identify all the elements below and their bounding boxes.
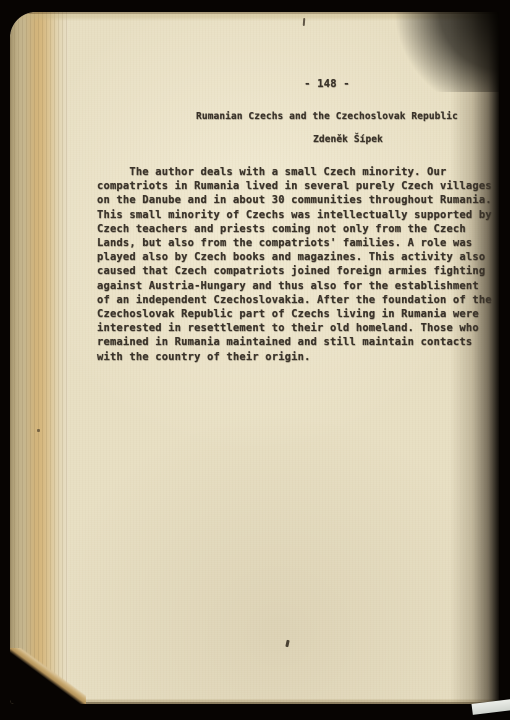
ink-speck <box>37 429 40 432</box>
page-number: - 148 - <box>304 78 350 90</box>
page-top-edge <box>10 12 499 21</box>
scanned-book-photo: - 148 - Rumanian Czechs and the Czechosl… <box>0 0 510 720</box>
article-title: Rumanian Czechs and the Czechoslovak Rep… <box>196 111 458 122</box>
article-author: Zdeněk Šípek <box>313 134 383 145</box>
page-stack-fore-edge <box>10 12 68 704</box>
top-right-corner-shadow <box>379 12 499 92</box>
abstract-text: The author deals with a small Czech mino… <box>97 165 492 364</box>
page-bottom-edge <box>10 699 499 704</box>
